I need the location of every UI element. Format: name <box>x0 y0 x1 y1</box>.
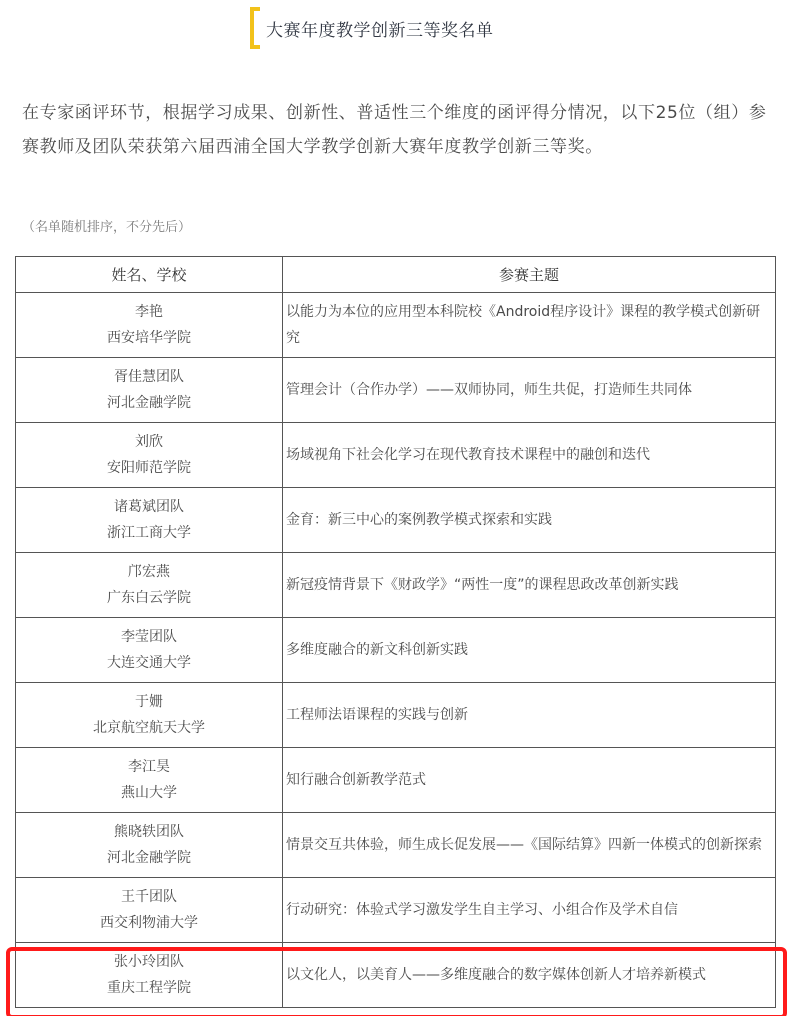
topic-cell: 工程师法语课程的实践与创新 <box>283 683 776 748</box>
school-name: 燕山大学 <box>16 780 282 806</box>
topic-cell: 管理会计（合作办学）——双师协同，师生共促，打造师生共同体 <box>283 358 776 423</box>
school-name: 西交利物浦大学 <box>16 910 282 936</box>
topic-cell: 以文化人，以美育人——多维度融合的数字媒体创新人才培养新模式 <box>283 943 776 1008</box>
name-school-cell: 刘欣安阳师范学院 <box>16 423 283 488</box>
participant-name: 熊晓轶团队 <box>16 819 282 845</box>
school-name: 大连交通大学 <box>16 650 282 676</box>
name-school-cell: 李江昊燕山大学 <box>16 748 283 813</box>
school-name: 重庆工程学院 <box>16 975 282 1001</box>
section-heading: 大赛年度教学创新三等奖名单 <box>250 4 494 52</box>
topic-cell: 多维度融合的新文科创新实践 <box>283 618 776 683</box>
table-row: 于姗北京航空航天大学工程师法语课程的实践与创新 <box>16 683 776 748</box>
table-header-row: 姓名、学校 参赛主题 <box>16 257 776 293</box>
school-name: 安阳师范学院 <box>16 455 282 481</box>
table-row: 李艳西安培华学院以能力为本位的应用型本科院校《Android程序设计》课程的教学… <box>16 293 776 358</box>
school-name: 广东白云学院 <box>16 585 282 611</box>
participant-name: 王千团队 <box>16 884 282 910</box>
topic-cell: 场域视角下社会化学习在现代教育技术课程中的融创和迭代 <box>283 423 776 488</box>
school-name: 河北金融学院 <box>16 390 282 416</box>
header-name-school: 姓名、学校 <box>16 257 283 293</box>
participant-name: 李艳 <box>16 299 282 325</box>
topic-cell: 金育：新三中心的案例教学模式探索和实践 <box>283 488 776 553</box>
name-school-cell: 诸葛斌团队浙江工商大学 <box>16 488 283 553</box>
topic-cell: 知行融合创新教学范式 <box>283 748 776 813</box>
name-school-cell: 张小玲团队重庆工程学院 <box>16 943 283 1008</box>
name-school-cell: 邝宏燕广东白云学院 <box>16 553 283 618</box>
participant-name: 邝宏燕 <box>16 559 282 585</box>
header-topic: 参赛主题 <box>283 257 776 293</box>
table-row-highlighted: 张小玲团队重庆工程学院以文化人，以美育人——多维度融合的数字媒体创新人才培养新模… <box>16 943 776 1008</box>
name-school-cell: 李莹团队大连交通大学 <box>16 618 283 683</box>
table-row: 李莹团队大连交通大学多维度融合的新文科创新实践 <box>16 618 776 683</box>
bracket-accent-icon <box>250 7 260 49</box>
topic-cell: 行动研究：体验式学习激发学生自主学习、小组合作及学术自信 <box>283 878 776 943</box>
name-school-cell: 李艳西安培华学院 <box>16 293 283 358</box>
participant-name: 刘欣 <box>16 429 282 455</box>
participant-name: 胥佳慧团队 <box>16 364 282 390</box>
table-row: 李江昊燕山大学知行融合创新教学范式 <box>16 748 776 813</box>
name-school-cell: 于姗北京航空航天大学 <box>16 683 283 748</box>
school-name: 河北金融学院 <box>16 845 282 871</box>
ordering-note: （名单随机排序，不分先后） <box>22 216 191 235</box>
participant-name: 李莹团队 <box>16 624 282 650</box>
table-row: 诸葛斌团队浙江工商大学金育：新三中心的案例教学模式探索和实践 <box>16 488 776 553</box>
topic-cell: 以能力为本位的应用型本科院校《Android程序设计》课程的教学模式创新研究 <box>283 293 776 358</box>
table-row: 邝宏燕广东白云学院新冠疫情背景下《财政学》“两性一度”的课程思政改革创新实践 <box>16 553 776 618</box>
topic-cell: 新冠疫情背景下《财政学》“两性一度”的课程思政改革创新实践 <box>283 553 776 618</box>
school-name: 西安培华学院 <box>16 325 282 351</box>
participant-name: 张小玲团队 <box>16 949 282 975</box>
name-school-cell: 王千团队西交利物浦大学 <box>16 878 283 943</box>
topic-cell: 情景交互共体验，师生成长促发展——《国际结算》四新一体模式的创新探索 <box>283 813 776 878</box>
intro-paragraph: 在专家函评环节，根据学习成果、创新性、普适性三个维度的函评得分情况，以下25位（… <box>22 96 782 164</box>
participant-name: 李江昊 <box>16 754 282 780</box>
participant-name: 于姗 <box>16 689 282 715</box>
page-title: 大赛年度教学创新三等奖名单 <box>266 16 494 41</box>
table-row: 刘欣安阳师范学院场域视角下社会化学习在现代教育技术课程中的融创和迭代 <box>16 423 776 488</box>
table-row: 王千团队西交利物浦大学行动研究：体验式学习激发学生自主学习、小组合作及学术自信 <box>16 878 776 943</box>
participant-name: 诸葛斌团队 <box>16 494 282 520</box>
table-row: 胥佳慧团队河北金融学院管理会计（合作办学）——双师协同，师生共促，打造师生共同体 <box>16 358 776 423</box>
school-name: 浙江工商大学 <box>16 520 282 546</box>
name-school-cell: 熊晓轶团队河北金融学院 <box>16 813 283 878</box>
table-row: 熊晓轶团队河北金融学院情景交互共体验，师生成长促发展——《国际结算》四新一体模式… <box>16 813 776 878</box>
school-name: 北京航空航天大学 <box>16 715 282 741</box>
name-school-cell: 胥佳慧团队河北金融学院 <box>16 358 283 423</box>
award-table: 姓名、学校 参赛主题 李艳西安培华学院以能力为本位的应用型本科院校《Androi… <box>15 256 776 1008</box>
